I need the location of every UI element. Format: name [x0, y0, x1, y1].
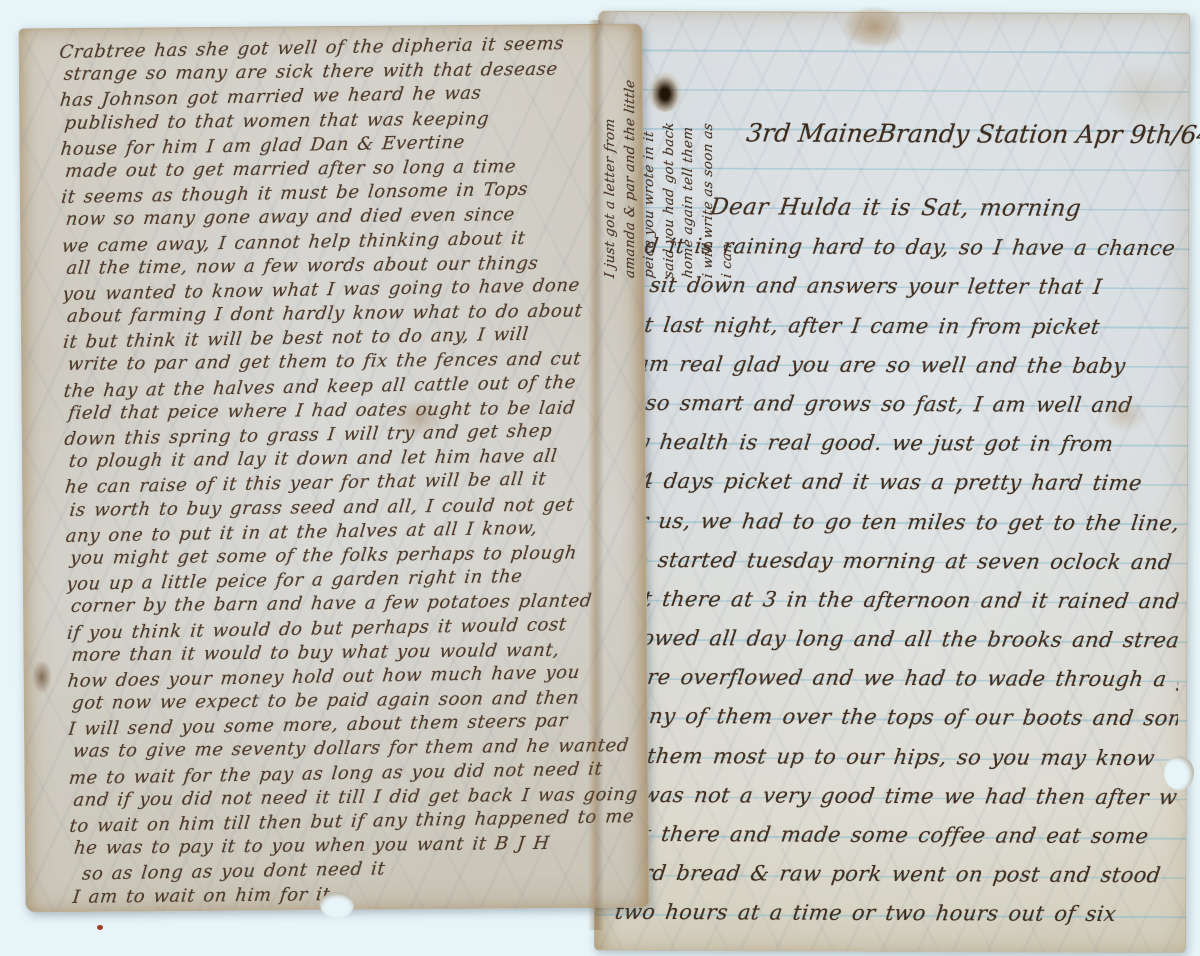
- handwritten-line: snowed all day long and all the brooks a…: [615, 619, 1180, 661]
- handwritten-line: of them most up to our hips, so you may …: [615, 736, 1180, 778]
- handwritten-line: a 4 days picket and it was a pretty hard…: [615, 462, 1180, 504]
- letter-page-left: Crabtree has she got well of the dipheri…: [19, 24, 650, 913]
- letter-page-right: 3rd Maine Brandy Station Apr 9th/64 Dear…: [594, 11, 1190, 954]
- red-speck: [97, 925, 103, 930]
- handwritten-line: and it is raining hard to day, so I have…: [616, 227, 1181, 269]
- handwritten-line: got there and made some coffee and eat s…: [615, 815, 1180, 857]
- handwritten-line: for us, we had to go ten miles to get to…: [615, 501, 1180, 543]
- handwritten-line: two hours at a time or two hours out of …: [615, 893, 1180, 935]
- handwritten-line: Dear Hulda it is Sat, morning: [616, 188, 1181, 230]
- left-page-handwriting: Crabtree has she got well of the dipheri…: [59, 32, 644, 912]
- right-page-handwriting: Dear Hulda it is Sat, morningand it is r…: [615, 188, 1180, 952]
- handwritten-line: is so smart and grows so fast, I am well…: [615, 384, 1180, 426]
- handwritten-line: hard bread & raw pork went on post and s…: [615, 854, 1180, 896]
- handwritten-line: I am real glad you are so well and the b…: [615, 345, 1180, 387]
- handwritten-line: were overflowed and we had to wade throu…: [615, 658, 1180, 700]
- letter-scan: Crabtree has she got well of the dipheri…: [0, 0, 1200, 956]
- handwritten-line: we started tuesday morning at seven oclo…: [615, 540, 1180, 582]
- handwritten-line: my health is real good. we just got in f…: [615, 423, 1180, 465]
- heading-place-date: Brandy Station Apr 9th/64: [876, 119, 1200, 149]
- handwritten-line: to sit down and answers your letter that…: [615, 266, 1180, 308]
- handwritten-line: it was not a very good time we had then …: [615, 776, 1180, 818]
- handwritten-line: got there at 3 in the afternoon and it r…: [615, 580, 1180, 622]
- heading-regiment: 3rd Maine: [745, 118, 879, 148]
- handwritten-line: got last night, after I came in from pic…: [615, 305, 1180, 347]
- handwritten-line: many of them over the tops of our boots …: [615, 697, 1180, 739]
- letter-heading: 3rd Maine Brandy Station Apr 9th/64: [745, 118, 1164, 149]
